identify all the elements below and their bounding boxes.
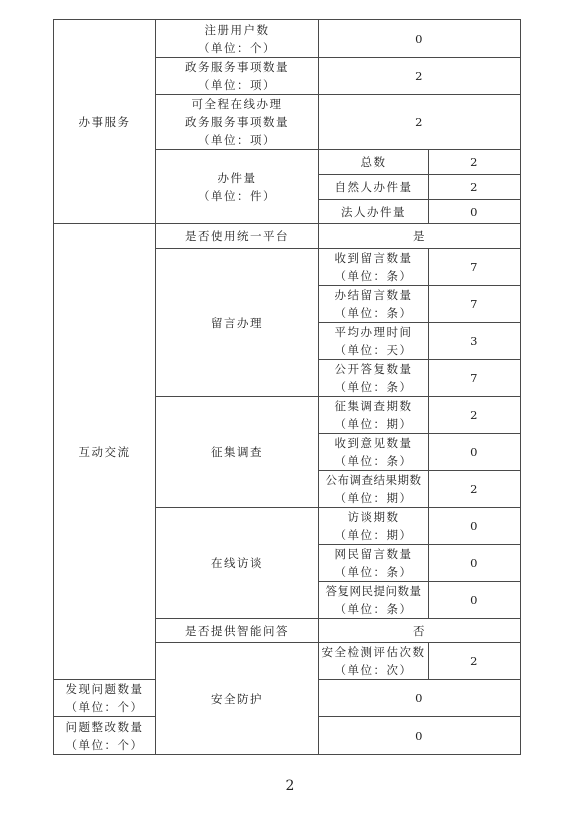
sub-value: 2 <box>429 150 521 175</box>
category-security: 安全防护 <box>156 643 319 755</box>
sub-value: 0 <box>429 582 521 619</box>
sub-label: 征集调查期数 （单位：期） <box>319 397 429 434</box>
sub-value: 0 <box>429 434 521 471</box>
sub-label: 收到意见数量 （单位：条） <box>319 434 429 471</box>
sub-label: 平均办理时间 （单位：天） <box>319 323 429 360</box>
sub-value: 7 <box>429 360 521 397</box>
row-label: 安全检测评估次数 （单位：次） <box>319 643 429 680</box>
category-service: 办事服务 <box>54 20 156 224</box>
group-label-messages: 留言办理 <box>156 249 319 397</box>
row-value: 是 <box>319 224 521 249</box>
row-value: 2 <box>319 58 521 95</box>
sub-label: 公布调查结果期数 （单位：期） <box>319 471 429 508</box>
sub-label: 自然人办件量 <box>319 175 429 200</box>
row-value: 2 <box>319 95 521 150</box>
table-row: 办事服务 注册用户数 （单位：个） 0 <box>54 20 521 58</box>
sub-label: 访谈期数 （单位：期） <box>319 508 429 545</box>
sub-value: 2 <box>429 397 521 434</box>
sub-label: 总数 <box>319 150 429 175</box>
sub-value: 7 <box>429 286 521 323</box>
sub-label: 收到留言数量 （单位：条） <box>319 249 429 286</box>
group-label-surveys: 征集调查 <box>156 397 319 508</box>
row-value: 0 <box>319 20 521 58</box>
sub-value: 0 <box>429 200 521 224</box>
row-label: 是否提供智能问答 <box>156 619 319 643</box>
sub-label: 办结留言数量 （单位：条） <box>319 286 429 323</box>
table-row: 互动交流 是否使用统一平台 是 <box>54 224 521 249</box>
sub-value: 3 <box>429 323 521 360</box>
row-label: 政务服务事项数量 （单位：项） <box>156 58 319 95</box>
statistics-table: 办事服务 注册用户数 （单位：个） 0 政务服务事项数量 （单位：项） 2 可全… <box>53 19 521 755</box>
row-value: 否 <box>319 619 521 643</box>
group-label-interviews: 在线访谈 <box>156 508 319 619</box>
row-label: 问题整改数量 （单位：个） <box>54 717 156 755</box>
group-label-cases: 办件量 （单位：件） <box>156 150 319 224</box>
row-label: 可全程在线办理 政务服务事项数量 （单位：项） <box>156 95 319 150</box>
row-label: 发现问题数量 （单位：个） <box>54 680 156 717</box>
sub-label: 公开答复数量 （单位：条） <box>319 360 429 397</box>
sub-value: 0 <box>429 508 521 545</box>
sub-label: 网民留言数量 （单位：条） <box>319 545 429 582</box>
sub-value: 2 <box>429 175 521 200</box>
sub-label: 法人办件量 <box>319 200 429 224</box>
sub-value: 7 <box>429 249 521 286</box>
page-number: 2 <box>0 778 580 794</box>
sub-value: 2 <box>429 471 521 508</box>
row-value: 2 <box>429 643 521 680</box>
row-label: 是否使用统一平台 <box>156 224 319 249</box>
row-value: 0 <box>319 680 521 717</box>
row-value: 0 <box>319 717 521 755</box>
category-interaction: 互动交流 <box>54 224 156 680</box>
sub-value: 0 <box>429 545 521 582</box>
sub-label: 答复网民提问数量 （单位：条） <box>319 582 429 619</box>
row-label: 注册用户数 （单位：个） <box>156 20 319 58</box>
